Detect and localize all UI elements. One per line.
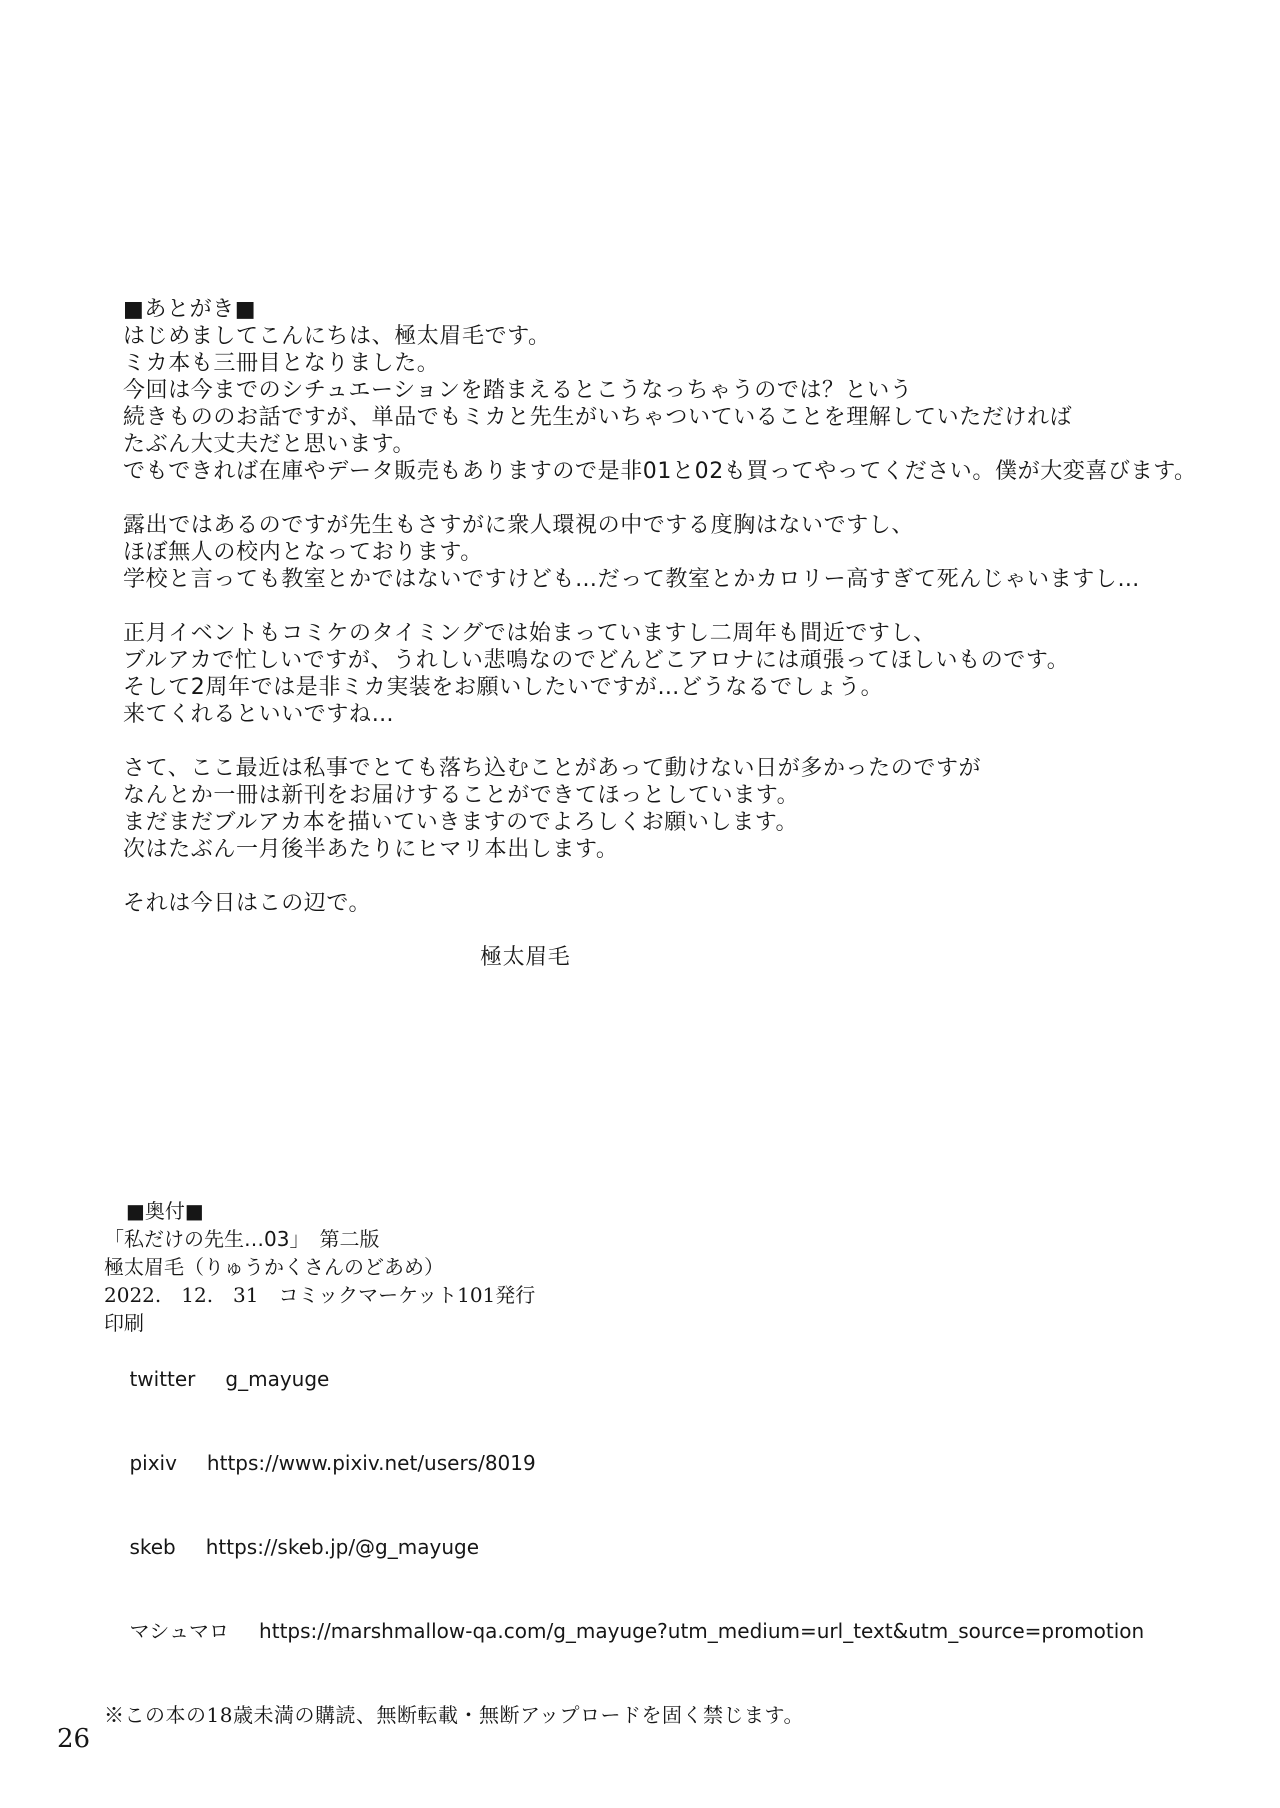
- skeb-label: skeb: [129, 1533, 175, 1561]
- marshmallow-url: https://marshmallow-qa.com/g_mayuge?utm_…: [259, 1619, 1144, 1643]
- afterword-body-text: はじめましてこんにちは、極太眉毛です。 ミカ本も三冊目となりました。 今回は今ま…: [123, 323, 1280, 917]
- printer-line: 印刷: [104, 1309, 1224, 1337]
- author-name-line: 極太眉毛（りゅうかくさんのどあめ）: [104, 1253, 1224, 1281]
- afterword-section: ■あとがき■ はじめましてこんにちは、極太眉毛です。 ミカ本も三冊目となりました…: [123, 296, 1280, 971]
- page-number: 26: [57, 1724, 90, 1754]
- twitter-label: twitter: [129, 1365, 195, 1393]
- twitter-line: twitterg_mayuge: [104, 1337, 1224, 1421]
- marshmallow-line: マシュマロhttps://marshmallow-qa.com/g_mayuge…: [104, 1589, 1224, 1673]
- colophon-section: ■奥付■ 「私だけの先生…03」 第二版 極太眉毛（りゅうかくさんのどあめ） 2…: [104, 1197, 1224, 1729]
- twitter-handle: g_mayuge: [225, 1367, 329, 1391]
- age-restriction-notice: ※この本の18歳未満の購読、無断転載・無断アップロードを固く禁じます。: [104, 1701, 1224, 1729]
- marshmallow-label: マシュマロ: [129, 1617, 229, 1645]
- author-signature: 極太眉毛: [480, 944, 1280, 971]
- afterword-heading: ■あとがき■: [123, 296, 1280, 323]
- scanned-page: { "afterword": { "heading": "■あとがき■", "l…: [0, 0, 1280, 1808]
- book-title-line: 「私だけの先生…03」 第二版: [104, 1225, 1224, 1253]
- pixiv-label: pixiv: [129, 1449, 176, 1477]
- publication-date-line: 2022. 12. 31 コミックマーケット101発行: [104, 1281, 1224, 1309]
- skeb-line: skebhttps://skeb.jp/@g_mayuge: [104, 1505, 1224, 1589]
- colophon-heading: ■奥付■: [126, 1197, 1224, 1225]
- skeb-url: https://skeb.jp/@g_mayuge: [206, 1535, 479, 1559]
- pixiv-url: https://www.pixiv.net/users/8019: [207, 1451, 536, 1475]
- pixiv-line: pixivhttps://www.pixiv.net/users/8019: [104, 1421, 1224, 1505]
